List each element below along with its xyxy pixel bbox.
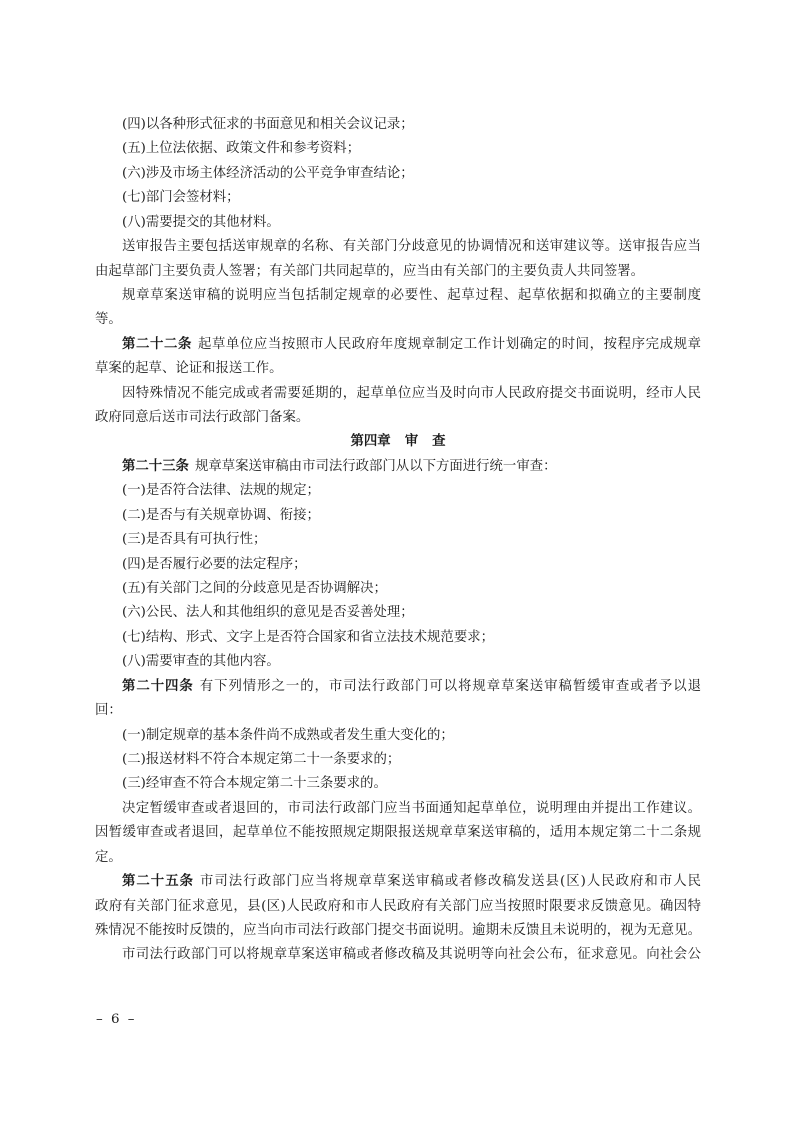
line-text: 定。 bbox=[95, 850, 122, 865]
paragraph-line: (二)报送材料不符合本规定第二十一条要求的； bbox=[95, 748, 701, 772]
paragraph-line: 规章草案送审稿的说明应当包括制定规章的必要性、起草过程、起草依据和拟确立的主要制… bbox=[95, 284, 701, 308]
article-number-label: 第二十二条 bbox=[122, 337, 192, 352]
paragraph-line: (一)制定规章的基本条件尚不成熟或者发生重大变化的； bbox=[95, 724, 701, 748]
paragraph-line: 政府有关部门征求意见，县(区)人民政府和市人民政府有关部门应当按照时限要求反馈意… bbox=[95, 895, 701, 919]
page-number: – 6 – bbox=[96, 1010, 136, 1030]
paragraph-line: 回： bbox=[95, 699, 701, 723]
paragraph-line: 市司法行政部门可以将规章草案送审稿或者修改稿及其说明等向社会公布，征求意见。向社… bbox=[95, 943, 701, 967]
line-text: 市司法行政部门可以将规章草案送审稿或者修改稿及其说明等向社会公布，征求意见。向社… bbox=[122, 947, 701, 962]
paragraph-line: 定。 bbox=[95, 846, 701, 870]
line-text: (七)部门会签材料； bbox=[122, 190, 240, 205]
line-text: 起草单位应当按照市人民政府年度规章制定工作计划确定的时间，按程序完成规章 bbox=[198, 337, 701, 352]
line-text: 送审报告主要包括送审规章的名称、有关部门分歧意见的协调情况和送审建议等。送审报告… bbox=[122, 239, 701, 254]
line-text: 政府有关部门征求意见，县(区)人民政府和市人民政府有关部门应当按照时限要求反馈意… bbox=[95, 899, 701, 914]
paragraph-line: (五)上位法依据、政策文件和参考资料； bbox=[95, 137, 701, 161]
line-text: (四)以各种形式征求的书面意见和相关会议记录； bbox=[122, 117, 414, 132]
article-number-label: 第二十三条 bbox=[122, 459, 189, 474]
paragraph-line: 草案的起草、论证和报送工作。 bbox=[95, 357, 701, 381]
line-text: (八)需要审查的其他内容。 bbox=[122, 654, 280, 669]
line-text: 由起草部门主要负责人签署；有关部门共同起草的，应当由有关部门的主要负责人共同签署… bbox=[95, 264, 644, 279]
article-paragraph-line: 第二十五条市司法行政部门应当将规章草案送审稿或者修改稿发送县(区)人民政府和市人… bbox=[95, 870, 701, 894]
paragraph-line: (五)有关部门之间的分歧意见是否协调解决； bbox=[95, 577, 701, 601]
document-body: (四)以各种形式征求的书面意见和相关会议记录；(五)上位法依据、政策文件和参考资… bbox=[95, 113, 701, 968]
line-text: 等。 bbox=[95, 312, 122, 327]
line-text: 政府同意后送市司法行政部门备案。 bbox=[95, 410, 309, 425]
line-text: (三)是否具有可执行性； bbox=[122, 532, 266, 547]
line-text: 殊情况不能按时反馈的，应当向市司法行政部门提交书面说明。逾期未反馈且未说明的，视… bbox=[95, 923, 701, 938]
line-text: 市司法行政部门应当将规章草案送审稿或者修改稿发送县(区)人民政府和市人民 bbox=[200, 874, 701, 889]
line-text: (五)上位法依据、政策文件和参考资料； bbox=[122, 141, 360, 156]
line-text: 草案的起草、论证和报送工作。 bbox=[95, 361, 282, 376]
line-text: 规章草案送审稿的说明应当包括制定规章的必要性、起草过程、起草依据和拟确立的主要制… bbox=[122, 288, 701, 303]
line-text: 回： bbox=[95, 703, 122, 718]
paragraph-line: 因暂缓审查或者退回，起草单位不能按照规定期限报送规章草案送审稿的，适用本规定第二… bbox=[95, 821, 701, 845]
line-text: (二)报送材料不符合本规定第二十一条要求的； bbox=[122, 752, 400, 767]
document-page: (四)以各种形式征求的书面意见和相关会议记录；(五)上位法依据、政策文件和参考资… bbox=[0, 0, 793, 1122]
article-number-label: 第二十四条 bbox=[122, 679, 194, 694]
paragraph-line: 送审报告主要包括送审规章的名称、有关部门分歧意见的协调情况和送审建议等。送审报告… bbox=[95, 235, 701, 259]
paragraph-line: (七)部门会签材料； bbox=[95, 186, 701, 210]
paragraph-line: (三)经审查不符合本规定第二十三条要求的。 bbox=[95, 772, 701, 796]
paragraph-line: 殊情况不能按时反馈的，应当向市司法行政部门提交书面说明。逾期未反馈且未说明的，视… bbox=[95, 919, 701, 943]
line-text: (五)有关部门之间的分歧意见是否协调解决； bbox=[122, 581, 387, 596]
paragraph-line: (八)需要提交的其他材料。 bbox=[95, 211, 701, 235]
line-text: (七)结构、形式、文字上是否符合国家和省立法技术规范要求； bbox=[122, 630, 494, 645]
paragraph-line: (六)公民、法人和其他组织的意见是否妥善处理； bbox=[95, 601, 701, 625]
line-text: (六)涉及市场主体经济活动的公平竞争审查结论； bbox=[122, 166, 414, 181]
paragraph-line: (四)是否履行必要的法定程序； bbox=[95, 553, 701, 577]
paragraph-line: (六)涉及市场主体经济活动的公平竞争审查结论； bbox=[95, 162, 701, 186]
line-text: (四)是否履行必要的法定程序； bbox=[122, 557, 307, 572]
chapter-title-part1: 审 bbox=[405, 434, 418, 449]
paragraph-line: (七)结构、形式、文字上是否符合国家和省立法技术规范要求； bbox=[95, 626, 701, 650]
line-text: 因暂缓审查或者退回，起草单位不能按照规定期限报送规章草案送审稿的，适用本规定第二… bbox=[95, 825, 701, 840]
line-text: 决定暂缓审查或者退回的，市司法行政部门应当书面通知起草单位，说明理由并提出工作建… bbox=[122, 801, 701, 816]
chapter-heading: 第四章审查 bbox=[95, 430, 701, 454]
paragraph-line: (二)是否与有关规章协调、衔接； bbox=[95, 504, 701, 528]
line-text: 因特殊情况不能完成或者需要延期的，起草单位应当及时向市人民政府提交书面说明，经市… bbox=[122, 386, 701, 401]
line-text: (八)需要提交的其他材料。 bbox=[122, 215, 280, 230]
paragraph-line: (一)是否符合法律、法规的规定； bbox=[95, 479, 701, 503]
article-paragraph-line: 第二十三条规章草案送审稿由市司法行政部门从以下方面进行统一审查： bbox=[95, 455, 701, 479]
line-text: (一)制定规章的基本条件尚不成熟或者发生重大变化的； bbox=[122, 728, 454, 743]
paragraph-line: (三)是否具有可执行性； bbox=[95, 528, 701, 552]
paragraph-line: (八)需要审查的其他内容。 bbox=[95, 650, 701, 674]
line-text: (一)是否符合法律、法规的规定； bbox=[122, 483, 320, 498]
paragraph-line: 由起草部门主要负责人签署；有关部门共同起草的，应当由有关部门的主要负责人共同签署… bbox=[95, 260, 701, 284]
chapter-title-part2: 查 bbox=[432, 434, 445, 449]
article-number-label: 第二十五条 bbox=[122, 874, 194, 889]
chapter-number: 第四章 bbox=[351, 434, 391, 449]
line-text: (二)是否与有关规章协调、衔接； bbox=[122, 508, 320, 523]
article-paragraph-line: 第二十四条有下列情形之一的，市司法行政部门可以将规章草案送审稿暂缓审查或者予以退 bbox=[95, 675, 701, 699]
line-text: 有下列情形之一的，市司法行政部门可以将规章草案送审稿暂缓审查或者予以退 bbox=[200, 679, 701, 694]
paragraph-line: (四)以各种形式征求的书面意见和相关会议记录； bbox=[95, 113, 701, 137]
line-text: (三)经审查不符合本规定第二十三条要求的。 bbox=[122, 776, 387, 791]
paragraph-line: 因特殊情况不能完成或者需要延期的，起草单位应当及时向市人民政府提交书面说明，经市… bbox=[95, 382, 701, 406]
line-text: 规章草案送审稿由市司法行政部门从以下方面进行统一审查： bbox=[195, 459, 557, 474]
article-paragraph-line: 第二十二条起草单位应当按照市人民政府年度规章制定工作计划确定的时间，按程序完成规… bbox=[95, 333, 701, 357]
paragraph-line: 决定暂缓审查或者退回的，市司法行政部门应当书面通知起草单位，说明理由并提出工作建… bbox=[95, 797, 701, 821]
line-text: (六)公民、法人和其他组织的意见是否妥善处理； bbox=[122, 605, 414, 620]
paragraph-line: 等。 bbox=[95, 308, 701, 332]
paragraph-line: 政府同意后送市司法行政部门备案。 bbox=[95, 406, 701, 430]
